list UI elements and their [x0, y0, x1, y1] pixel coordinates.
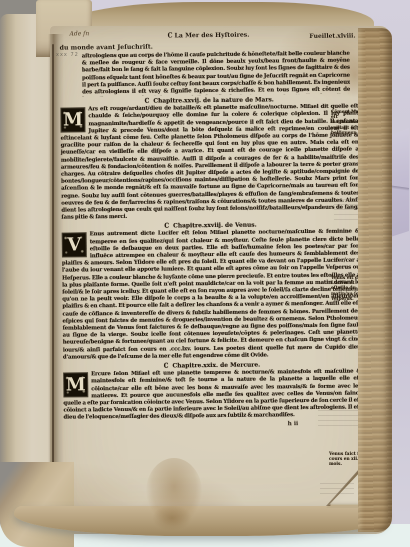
fore-edge: [358, 28, 392, 532]
capitulum-icon: C: [145, 97, 150, 105]
chapter-heading-venus-text: Chapitre.xxviij. de Venus.: [173, 221, 257, 229]
chapter-heading-mars-text: Chapitre.xxvij. de la nature de Mars.: [153, 96, 274, 104]
folio-number: Fueillet.xlviii.: [309, 32, 355, 39]
woodcut-initial-m2: M: [63, 372, 88, 397]
paragraph-mercure-text: Ercure ſelon Miſael eſt une planette tem…: [63, 369, 361, 421]
paragraph-venus: V Enus autrement dicte Lucifer eſt ſelon…: [62, 229, 361, 362]
capitulum-icon: C: [164, 362, 169, 370]
bleedthrough-smudge: [320, 482, 354, 494]
running-head-title-text: La Mer des Hyſtoires.: [175, 32, 250, 40]
paragraph-venus-text: Enus autrement dicte Lucifer eſt ſelon M…: [62, 229, 361, 361]
photo-of-antique-book-page: Ade ſn CLa Mer des Hyſtoires. Fueillet.x…: [0, 0, 410, 547]
capitulum-icon: C: [164, 222, 169, 230]
capitulum-icon: C: [168, 32, 173, 40]
bleedthrough-smudge: [318, 408, 358, 426]
pencil-annotation: xxx 72: [56, 52, 79, 58]
paragraph-mars-text: Ars eſt rouge/ardant/dieu de bataille/& …: [61, 104, 360, 221]
text-block: Ade ſn CLa Mer des Hyſtoires. Fueillet.x…: [59, 30, 362, 513]
chapter-heading-mercure-text: Chapitre.xxix. de Mercure.: [172, 361, 260, 369]
paragraph-mercure: M Ercure ſelon Miſael eſt une planette t…: [63, 369, 362, 423]
bottom-left-page-edges: [0, 462, 74, 547]
paragraph-mars: M Ars eſt rouge/ardant/dieu de bataille/…: [60, 104, 359, 222]
woodcut-initial-v: V: [62, 233, 87, 258]
gutter-line: [52, 44, 54, 530]
woodcut-initial-m: M: [60, 107, 85, 132]
paragraph-continuation: aſtrologiens que au corps de l'hōme il c…: [82, 51, 350, 97]
